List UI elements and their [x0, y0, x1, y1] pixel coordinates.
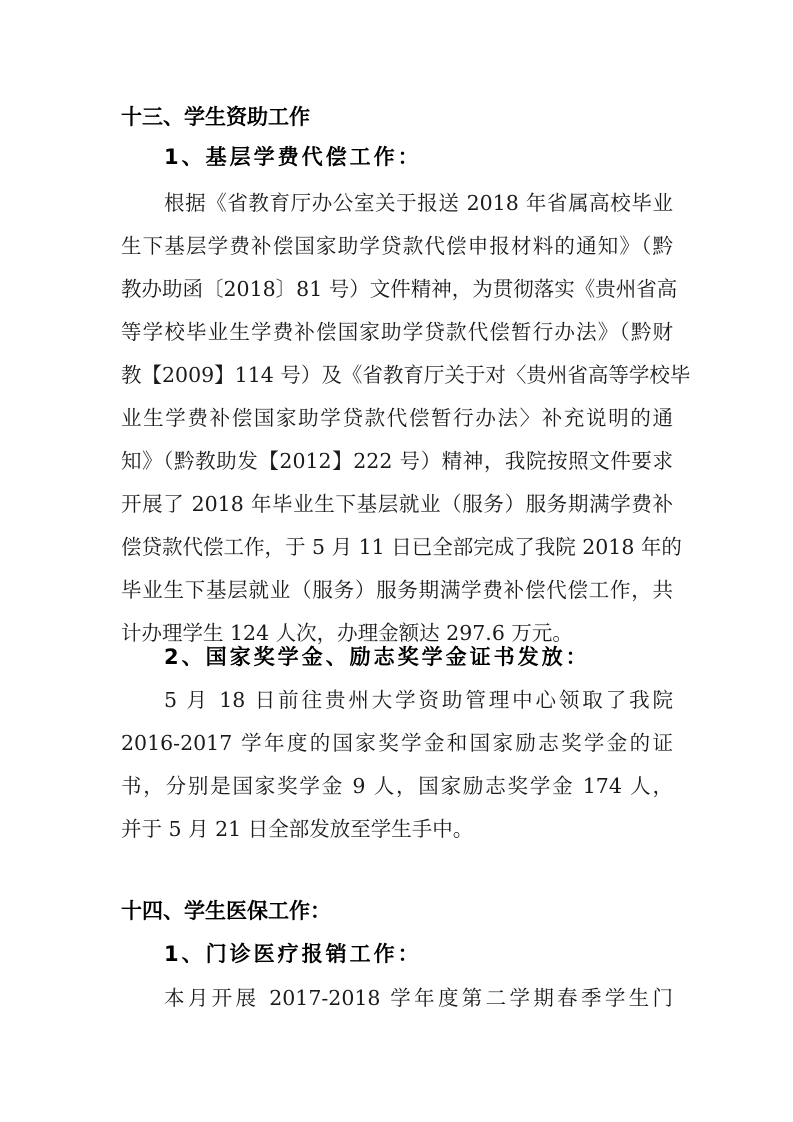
paragraph-line: 本月开展 2017-2018 学年度第二学期春季学生门 — [164, 977, 673, 1020]
paragraph-line: 5 月 18 日前往贵州大学资助管理中心领取了我院 — [164, 679, 673, 722]
paragraph-line: 毕业生下基层就业（服务）服务期满学费补偿代偿工作，共 — [121, 569, 673, 612]
paragraph-line: 书，分别是国家奖学金 9 人，国家励志奖学金 174 人， — [121, 765, 673, 808]
paragraph-line: 2016-2017 学年度的国家奖学金和国家励志奖学金的证 — [121, 722, 673, 765]
paragraph-line: 开展了 2018 年毕业生下基层就业（服务）服务期满学费补 — [121, 483, 673, 526]
section-heading-14: 十四、学生医保工作： — [121, 890, 673, 933]
subsection-heading-14-1: 1、门诊医疗报销工作： — [164, 933, 673, 976]
paragraph-line: 教【2009】114 号）及《省教育厅关于对〈贵州省高等学校毕 — [121, 354, 673, 397]
paragraph-line: 偿贷款代偿工作，于 5 月 11 日已全部完成了我院 2018 年的 — [121, 526, 673, 569]
subsection-heading-13-2: 2、国家奖学金、励志奖学金证书发放： — [164, 636, 673, 679]
paragraph-line: 等学校毕业生学费补偿国家助学贷款代偿暂行办法》（黔财 — [121, 311, 673, 354]
paragraph-line: 根据《省教育厅办公室关于报送 2018 年省属高校毕业 — [164, 182, 673, 225]
document-page: 十三、学生资助工作 1、基层学费代偿工作： 根据《省教育厅办公室关于报送 201… — [0, 0, 793, 1122]
subsection-heading-13-1: 1、基层学费代偿工作： — [164, 136, 673, 179]
paragraph-line: 业生学费补偿国家助学贷款代偿暂行办法〉补充说明的通 — [121, 397, 673, 440]
section-heading-13: 十三、学生资助工作 — [121, 96, 673, 139]
paragraph-line: 生下基层学费补偿国家助学贷款代偿申报材料的通知》（黔 — [121, 225, 673, 268]
paragraph-line: 知》（黔教助发【2012】222 号）精神，我院按照文件要求 — [121, 440, 673, 483]
paragraph-line: 教办助函〔2018〕81 号）文件精神，为贯彻落实《贵州省高 — [121, 268, 673, 311]
paragraph-line: 并于 5 月 21 日全部发放至学生手中。 — [121, 808, 673, 851]
